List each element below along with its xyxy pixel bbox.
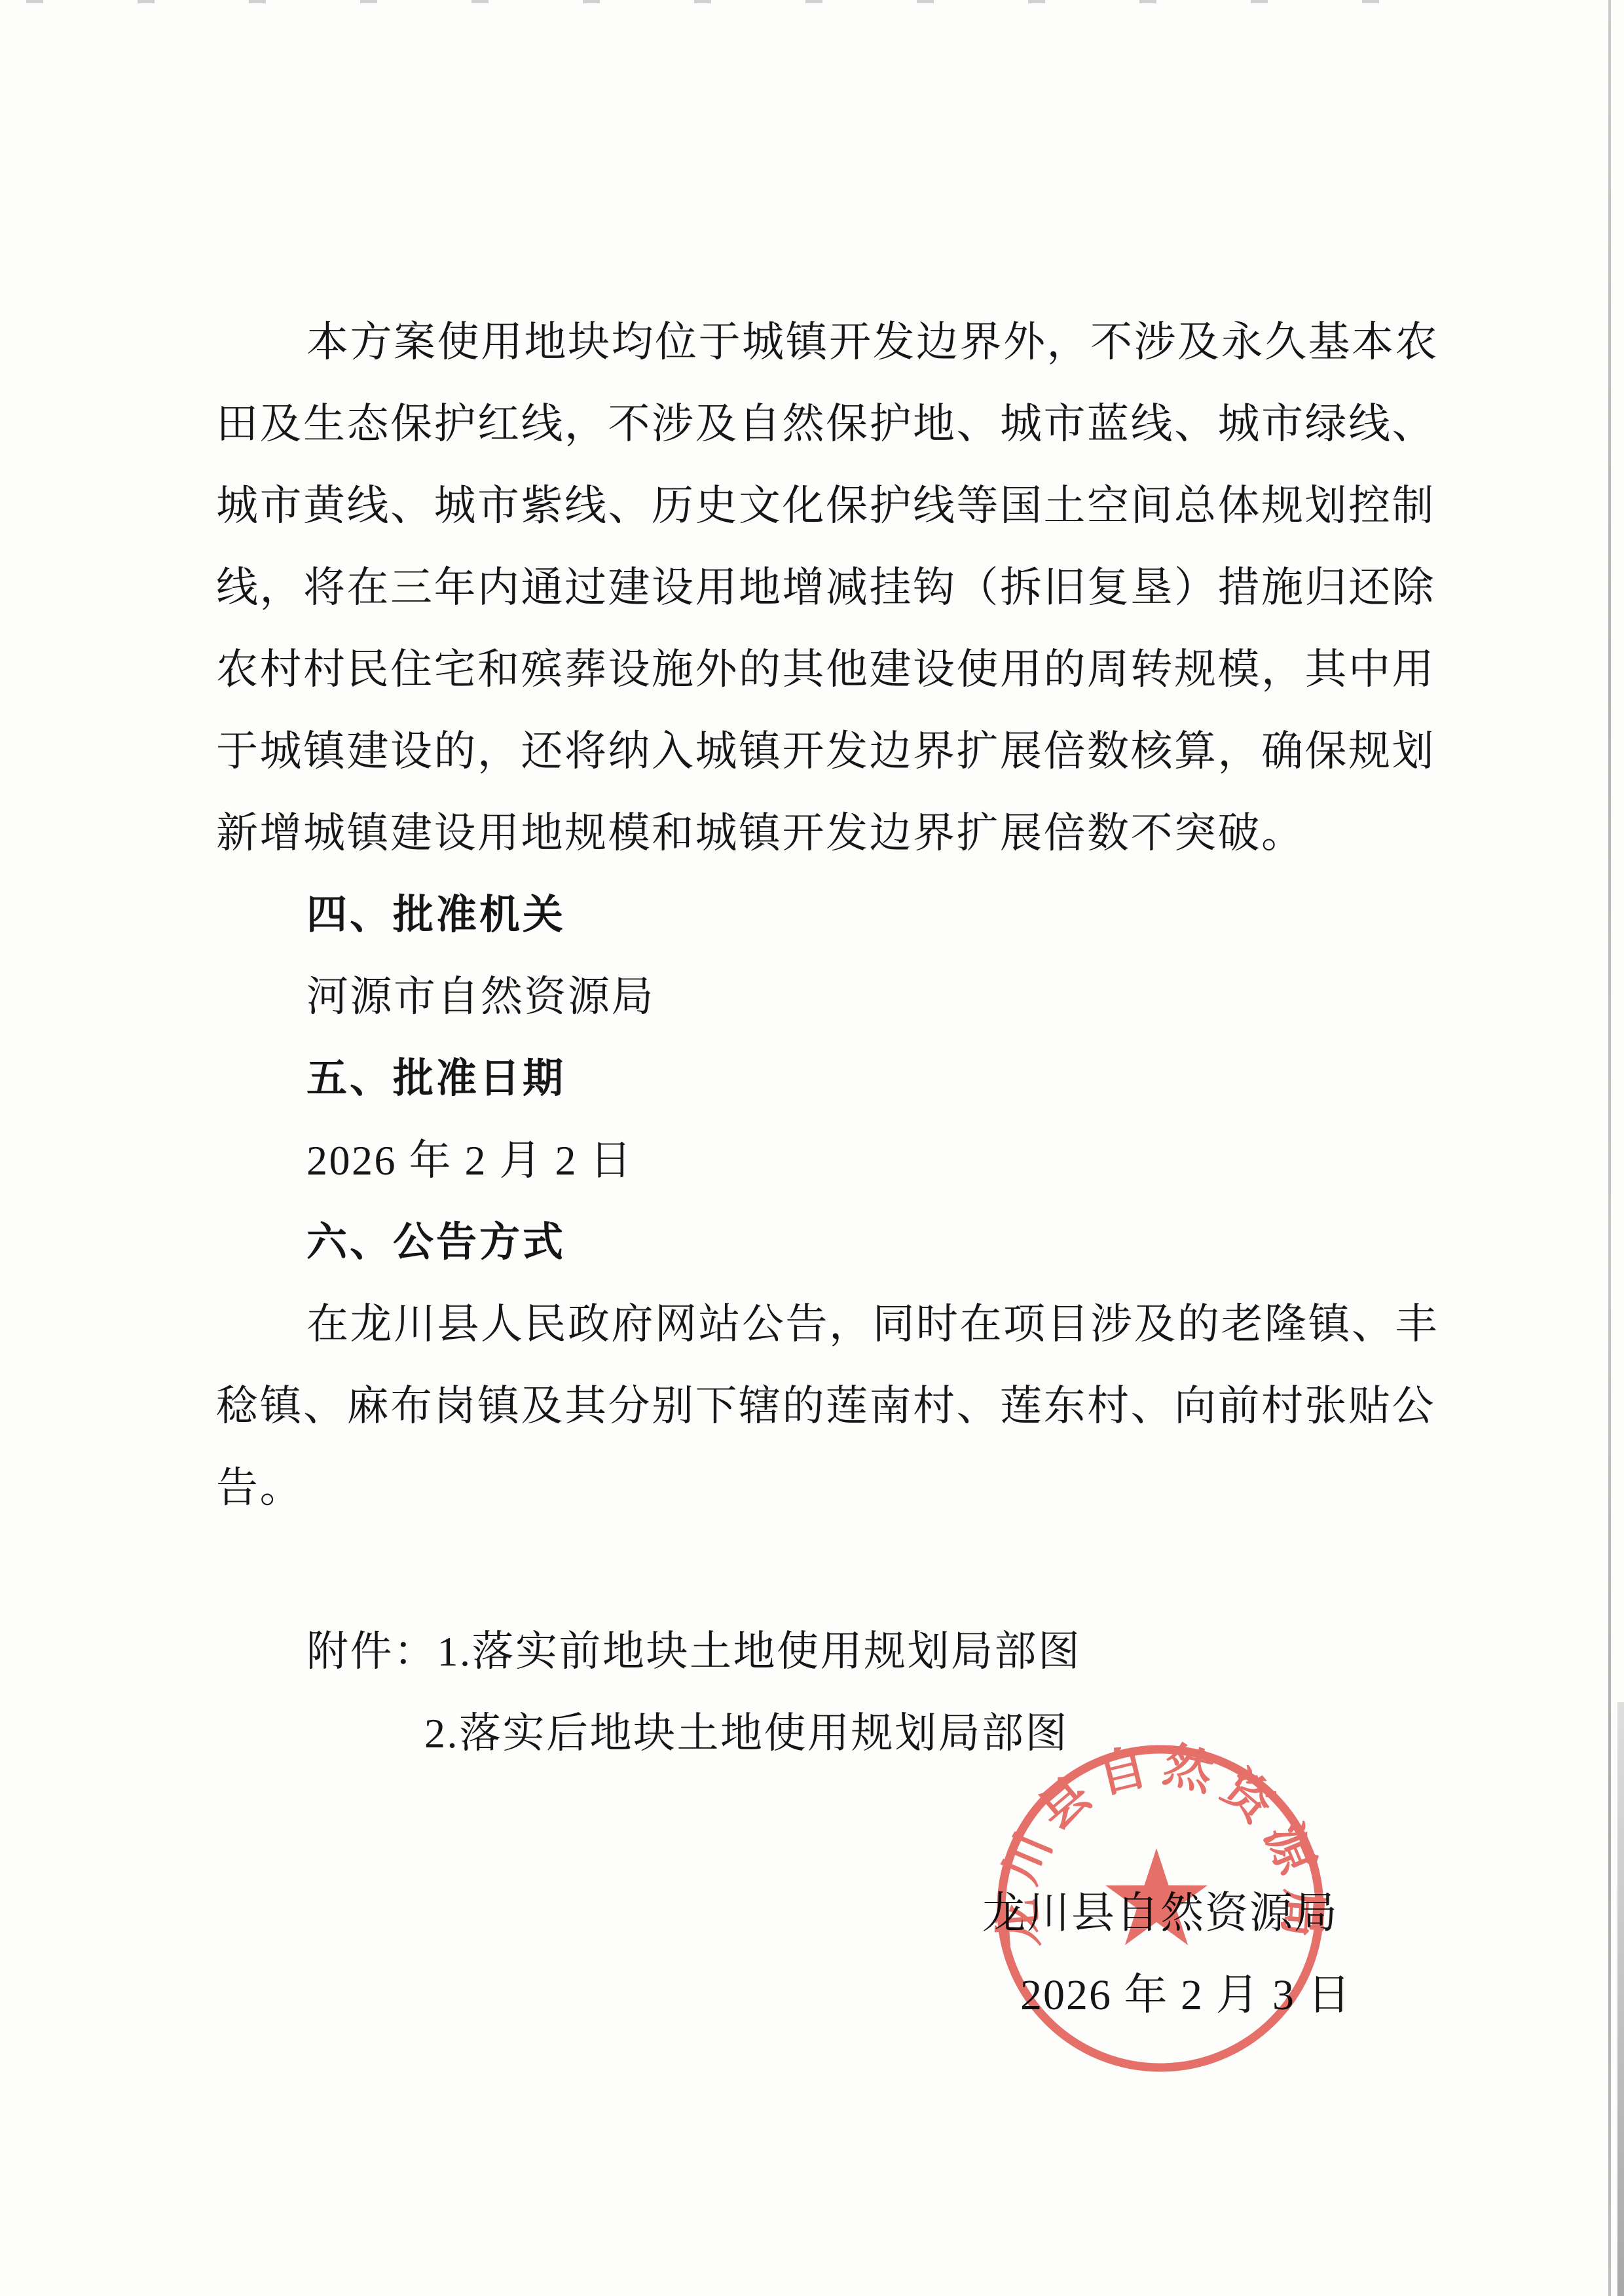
section-heading-6: 六、公告方式 bbox=[216, 1201, 1441, 1283]
document-body: 本方案使用地块均位于城镇开发边界外，不涉及永久基本农 田及生态保护红线，不涉及自… bbox=[216, 301, 1441, 1774]
para-line: 新增城镇建设用地规模和城镇开发边界扩展倍数不突破。 bbox=[216, 792, 1441, 874]
spacer bbox=[216, 1529, 1441, 1611]
para-line: 于城镇建设的，还将纳入城镇开发边界扩展倍数核算，确保规划 bbox=[216, 710, 1441, 792]
para-line: 本方案使用地块均位于城镇开发边界外，不涉及永久基本农 bbox=[216, 301, 1441, 383]
para-line: 农村村民住宅和殡葬设施外的其他建设使用的周转规模，其中用 bbox=[216, 629, 1441, 710]
para-line: 线，将在三年内通过建设用地增减挂钩（拆旧复垦）措施归还除 bbox=[216, 547, 1441, 629]
signature-date: 2026 年 2 月 3 日 bbox=[982, 1954, 1352, 2036]
para-line: 告。 bbox=[216, 1447, 1441, 1529]
attachment-label: 附件： bbox=[306, 1628, 437, 1675]
signature-org: 龙川县自然资源局 bbox=[982, 1872, 1352, 1954]
attachment-line: 附件：1.落实前地块土地使用规划局部图 bbox=[216, 1611, 1441, 1692]
section-body-4: 河源市自然资源局 bbox=[216, 956, 1441, 1038]
para-line: 田及生态保护红线，不涉及自然保护地、城市蓝线、城市绿线、 bbox=[216, 383, 1441, 465]
attachment-item-1: 1.落实前地块土地使用规划局部图 bbox=[437, 1628, 1082, 1675]
para-line: 稔镇、麻布岗镇及其分别下辖的莲南村、莲东村、向前村张贴公 bbox=[216, 1365, 1441, 1447]
scan-artifact-right-strip bbox=[1617, 1702, 1624, 2296]
section-heading-4: 四、批准机关 bbox=[216, 874, 1441, 956]
para-line: 城市黄线、城市紫线、历史文化保护线等国土空间总体规划控制 bbox=[216, 465, 1441, 547]
attachment-item-2: 2.落实后地块土地使用规划局部图 bbox=[216, 1692, 1441, 1774]
document-page: 本方案使用地块均位于城镇开发边界外，不涉及永久基本农 田及生态保护红线，不涉及自… bbox=[0, 0, 1624, 2296]
section-heading-5: 五、批准日期 bbox=[216, 1038, 1441, 1120]
scan-artifact-right-line bbox=[1608, 0, 1611, 2296]
para-line: 在龙川县人民政府网站公告，同时在项目涉及的老隆镇、丰 bbox=[216, 1283, 1441, 1365]
section-body-5: 2026 年 2 月 2 日 bbox=[216, 1120, 1441, 1201]
scan-artifact-top-dashes bbox=[26, 0, 1467, 3]
signature-block: 龙川县自然资源局 2026 年 2 月 3 日 bbox=[982, 1872, 1352, 2036]
